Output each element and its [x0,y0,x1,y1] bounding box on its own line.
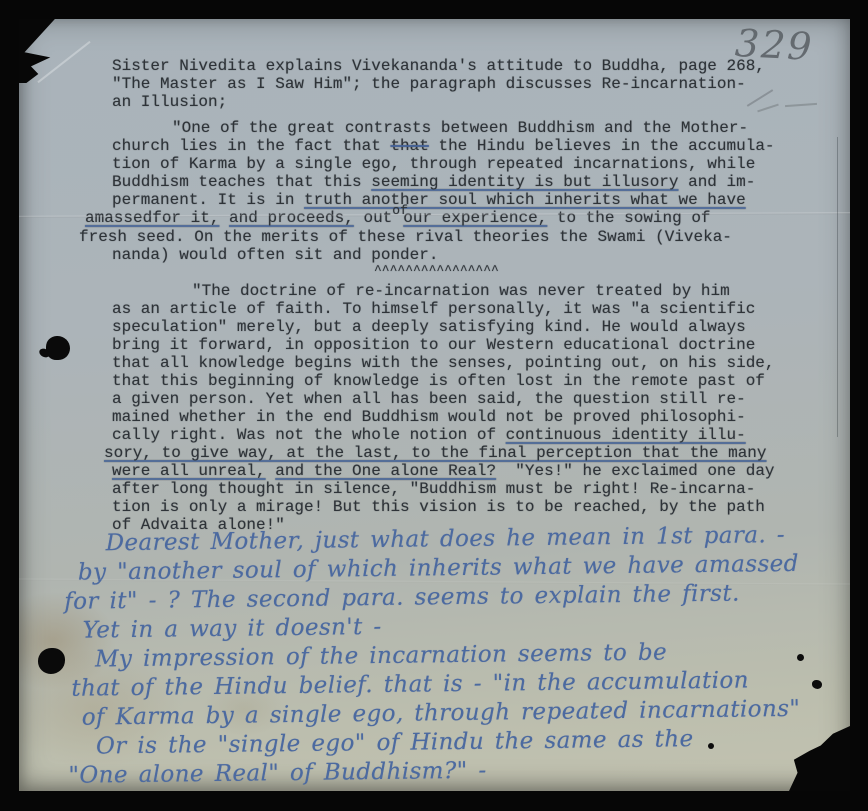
underlined-segment: sory, to give way, at the last, to the f… [104,444,767,462]
text-segment: "The doctrine of re-incarnation was neve… [192,282,730,300]
text-line: Buddhism teaches that this seeming ident… [112,173,840,191]
typed-paragraph-1: "One of the great contrasts between Budd… [112,119,840,264]
ink-speck [797,654,804,661]
punch-hole-top [46,336,70,360]
text-line: were all unreal, and the One alone Real?… [112,462,840,480]
underlined-segment: were all unreal, [112,462,266,480]
typed-caret-row: ^^^^^^^^^^^^^^^^ [374,264,840,278]
underlined-segment: seeming identity is but illusory [371,173,678,191]
text-segment: "The Master as I Saw Him"; the paragraph… [112,75,746,93]
text-segment: that all knowledge begins with the sense… [112,354,775,372]
text-segment [266,462,276,480]
text-line: mained whether in the end Buddhism would… [112,408,840,426]
text-segment: and im- [679,173,756,191]
text-segment: for it" - ? The second para. seems to ex… [64,581,740,615]
text-segment: Yet in a way it doesn't - [83,614,382,644]
text-segment: Buddhism teaches that this [112,173,371,191]
superscript-insertion: of [392,202,403,220]
text-line: tion of Karma by a single ego, through r… [112,155,840,173]
underlined-segment: and the One alone Real? [275,462,496,480]
text-line: tion is only a mirage! But this vision i… [112,498,840,516]
underlined-segment: continuous identity illu- [506,426,746,444]
text-segment: permanent. It is in [112,191,304,209]
scanned-document: 329 Sister Nivedita explains Vivekananda… [0,0,868,811]
text-line: as an article of faith. To himself perso… [112,300,840,318]
typed-paragraph-2: "The doctrine of re-incarnation was neve… [112,282,840,534]
ink-speck [708,743,714,749]
text-segment: Or is the "single ego" of Hindu the same… [96,726,694,759]
text-line: bring it forward, in opposition to our W… [112,336,840,354]
punch-hole-bottom [38,648,65,674]
underlined-segment: amassedfor it, [85,209,219,227]
text-line: amassedfor it, and proceeds, outofour ex… [85,209,840,228]
text-segment: after long thought in silence, "Buddhism… [112,480,755,498]
text-segment: My impression of the incarnation seems t… [95,639,667,672]
document-page: 329 Sister Nivedita explains Vivekananda… [19,19,850,791]
text-line: a given person. Yet when all has been sa… [112,390,840,408]
text-line: sory, to give way, at the last, to the f… [104,444,840,462]
text-line: after long thought in silence, "Buddhism… [112,480,840,498]
text-line: that this beginning of knowledge is ofte… [112,372,840,390]
handwritten-note: Dearest Mother, just what does he mean i… [77,520,840,790]
text-line: "The Master as I Saw Him"; the paragraph… [112,75,840,93]
text-segment [219,209,229,227]
text-segment: Sister Nivedita explains Vivekananda's a… [112,57,765,75]
paper-crease [37,41,90,83]
typed-text: Sister Nivedita explains Vivekananda's a… [112,57,840,534]
text-segment: fresh seed. On the merits of these rival… [79,228,732,246]
underlined-segment: and proceeds, [229,209,354,227]
text-segment: an Illusion; [112,93,227,111]
text-segment: as an article of faith. To himself perso… [112,300,755,318]
text-segment: mained whether in the end Buddhism would… [112,408,746,426]
text-segment: church lies in the fact that [112,137,390,155]
text-segment: out [354,209,392,227]
underlined-segment: our experience, [403,209,547,227]
text-segment: that this beginning of knowledge is ofte… [112,372,765,390]
text-segment: "Yes!" he exclaimed one day [496,462,774,480]
text-line: an Illusion; [112,93,840,111]
text-segment: the Hindu believes in the accumula- [429,137,775,155]
text-line: permanent. It is in truth another soul w… [112,191,840,209]
text-line: speculation" merely, but a deeply satisf… [112,318,840,336]
typed-header: Sister Nivedita explains Vivekananda's a… [112,57,840,111]
text-line: nanda) would often sit and ponder. [112,246,840,264]
text-segment: "One of the great contrasts between Budd… [172,119,748,137]
text-segment: bring it forward, in opposition to our W… [112,336,755,354]
text-segment: speculation" merely, but a deeply satisf… [112,318,746,336]
text-line: fresh seed. On the merits of these rival… [79,228,840,246]
struck-out-word: that [390,137,428,155]
text-line: Sister Nivedita explains Vivekananda's a… [112,57,840,75]
text-segment: tion of Karma by a single ego, through r… [112,155,755,173]
text-line: cally right. Was not the whole notion of… [112,426,840,444]
ink-speck [812,680,822,689]
text-segment: cally right. Was not the whole notion of [112,426,506,444]
underlined-segment: truth another soul which inherits what w… [304,191,746,209]
text-segment: nanda) would often sit and ponder. [112,246,438,264]
torn-corner-top-left [19,19,65,83]
text-segment: "One alone Real" of Buddhism?" - [68,758,486,789]
text-line: "One of the great contrasts between Budd… [172,119,840,137]
text-segment: tion is only a mirage! But this vision i… [112,498,765,516]
text-segment: a given person. Yet when all has been sa… [112,390,746,408]
text-segment: to the sowing of [547,209,710,227]
text-line: church lies in the fact that that the Hi… [112,137,840,155]
text-line: "The doctrine of re-incarnation was neve… [192,282,840,300]
text-line: that all knowledge begins with the sense… [112,354,840,372]
